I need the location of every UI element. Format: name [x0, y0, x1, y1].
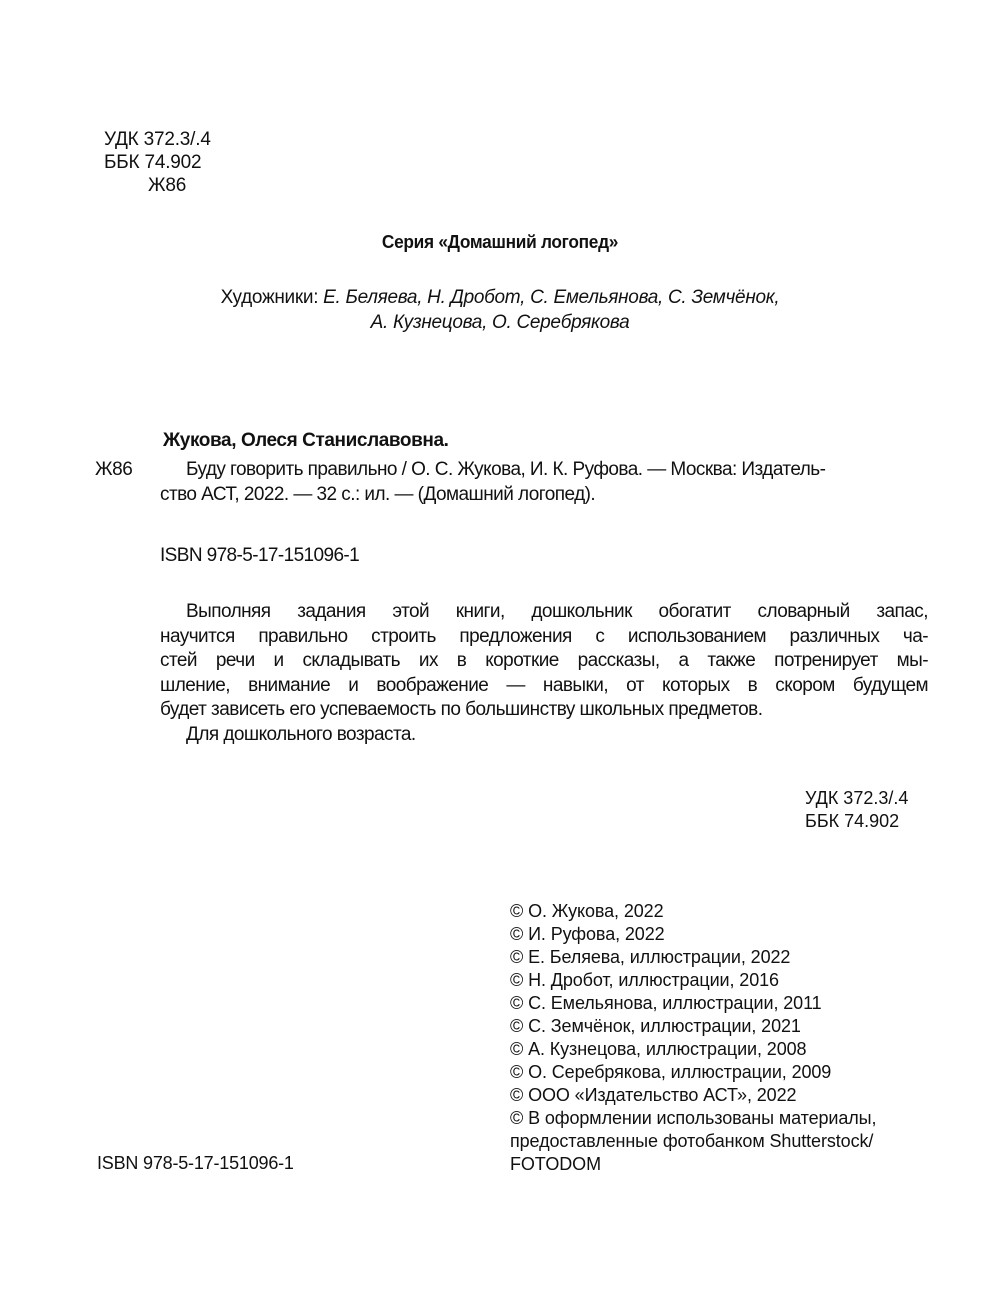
artists-line-1: Художники: Е. Беляева, Н. Дробот, С. Еме…: [0, 285, 1000, 310]
artists-names-1: Е. Беляева, Н. Дробот, С. Емельянова, С.…: [323, 287, 779, 308]
record-author-mark: Ж86: [95, 459, 132, 481]
author-heading: Жукова, Олеся Станиславовна.: [163, 430, 449, 452]
artists-names-2: А. Кузнецова, О. Серебрякова: [371, 312, 630, 333]
annotation: Выполняя задания этой книги, дошкольник …: [160, 600, 928, 747]
bbk-code: ББК 74.902: [104, 151, 211, 174]
series-title: Серия «Домашний логопед»: [20, 232, 980, 253]
record-description-line-1: Буду говорить правильно / О. С. Жукова, …: [186, 459, 825, 481]
copyright-line: © ООО «Издательство АСТ», 2022: [510, 1084, 876, 1107]
annotation-line: научится правильно строить предложения с…: [160, 625, 928, 650]
copyright-line: © И. Руфова, 2022: [510, 923, 876, 946]
bbk-code-bottom: ББК 74.902: [805, 810, 908, 833]
author-mark: Ж86: [104, 174, 211, 197]
copyright-line: © О. Жукова, 2022: [510, 900, 876, 923]
copyright-line: © О. Серебрякова, иллюстрации, 2009: [510, 1061, 876, 1084]
record-isbn: ISBN 978-5-17-151096-1: [160, 545, 359, 567]
footer-isbn: ISBN 978-5-17-151096-1: [97, 1153, 294, 1174]
classification-bottom: УДК 372.3/.4 ББК 74.902: [805, 787, 908, 833]
copyright-list: © О. Жукова, 2022 © И. Руфова, 2022 © Е.…: [510, 900, 876, 1176]
copyright-line: предоставленные фотобанком Shutterstock/: [510, 1130, 876, 1153]
artists-credit: Художники: Е. Беляева, Н. Дробот, С. Еме…: [0, 285, 1000, 335]
udk-code-bottom: УДК 372.3/.4: [805, 787, 908, 810]
copyright-line: FOTODOM: [510, 1153, 876, 1176]
copyright-line: © С. Емельянова, иллюстрации, 2011: [510, 992, 876, 1015]
classification-top: УДК 372.3/.4 ББК 74.902 Ж86: [104, 128, 211, 197]
udk-code: УДК 372.3/.4: [104, 128, 211, 151]
annotation-line: стей речи и складывать их в короткие рас…: [160, 649, 928, 674]
age-rating: Для дошкольного возраста.: [160, 723, 928, 748]
copyright-line: © В оформлении использованы материалы,: [510, 1107, 876, 1130]
artists-line-2: А. Кузнецова, О. Серебрякова: [0, 310, 1000, 335]
record-description-line-2: ство АСТ, 2022. — 32 с.: ил. — (Домашний…: [160, 484, 595, 506]
copyright-line: © Н. Дробот, иллюстрации, 2016: [510, 969, 876, 992]
annotation-line: будет зависеть его успеваемость по больш…: [160, 698, 928, 723]
copyright-line: © С. Земчёнок, иллюстрации, 2021: [510, 1015, 876, 1038]
annotation-line: Выполняя задания этой книги, дошкольник …: [160, 600, 928, 625]
artists-label: Художники:: [221, 287, 324, 308]
copyright-line: © Е. Беляева, иллюстрации, 2022: [510, 946, 876, 969]
copyright-line: © А. Кузнецова, иллюстрации, 2008: [510, 1038, 876, 1061]
annotation-line: шление, внимание и воображение — навыки,…: [160, 674, 928, 699]
